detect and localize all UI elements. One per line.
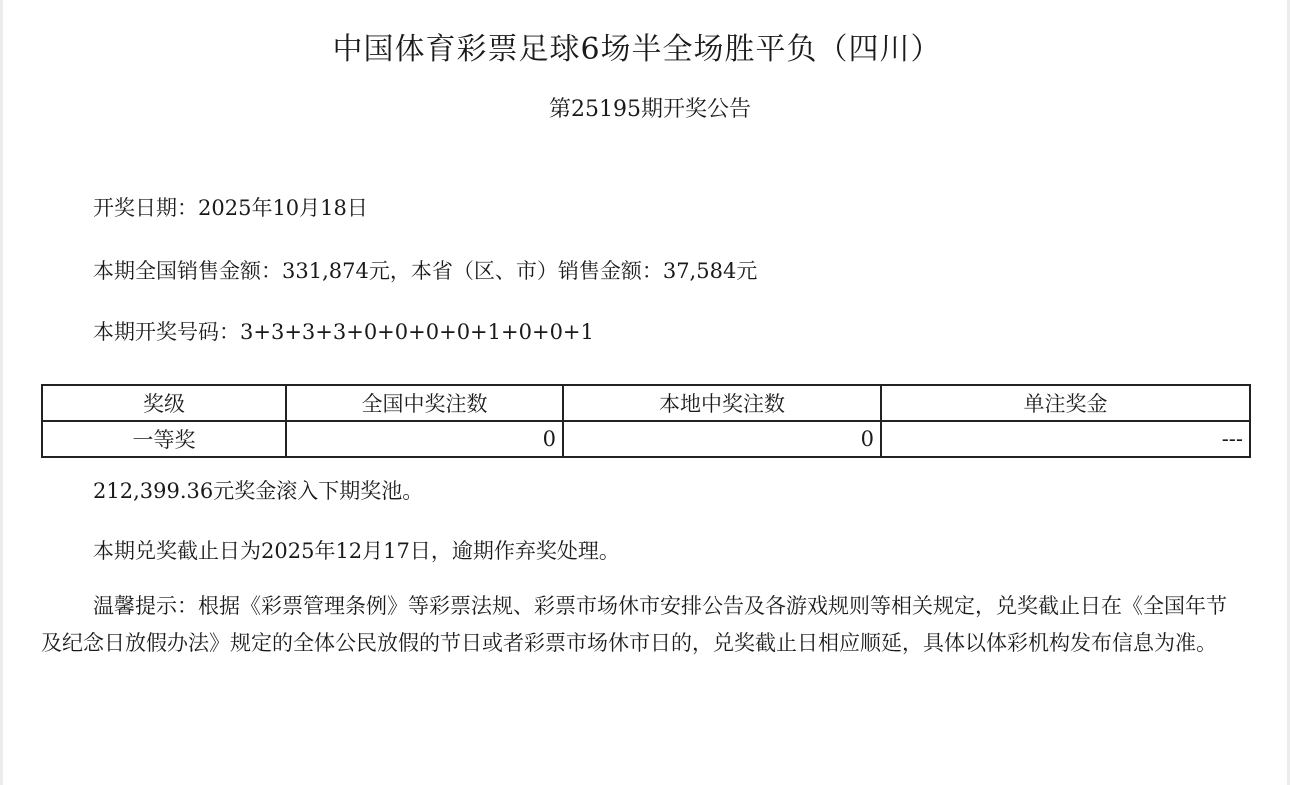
header-local-winners: 本地中奖注数 bbox=[563, 385, 881, 421]
issue-subtitle: 第25195期开奖公告 bbox=[0, 94, 1290, 126]
page-title: 中国体育彩票足球6场半全场胜平负（四川） bbox=[0, 28, 1274, 72]
claim-deadline: 本期兑奖截止日为2025年12月17日，逾期作弃奖处理。 bbox=[93, 536, 620, 566]
cell-local-winners: 0 bbox=[563, 421, 881, 457]
header-prize-level: 奖级 bbox=[42, 385, 286, 421]
reminder-notice: 温馨提示：根据《彩票管理条例》等彩票法规、彩票市场休市安排公告及各游戏规则等相关… bbox=[41, 588, 1231, 662]
header-prize-per-bet: 单注奖金 bbox=[881, 385, 1250, 421]
table-row: 一等奖 0 0 --- bbox=[42, 421, 1250, 457]
sales-amount: 本期全国销售金额：331,874元，本省（区、市）销售金额：37,584元 bbox=[93, 256, 757, 286]
draw-date: 开奖日期：2025年10月18日 bbox=[93, 193, 368, 223]
winning-numbers: 本期开奖号码：3+3+3+3+0+0+0+0+1+0+0+1 bbox=[93, 317, 594, 347]
cell-prize-level: 一等奖 bbox=[42, 421, 286, 457]
cell-prize-per-bet: --- bbox=[881, 421, 1250, 457]
rollover-note: 212,399.36元奖金滚入下期奖池。 bbox=[93, 476, 423, 506]
prize-table-header-row: 奖级 全国中奖注数 本地中奖注数 单注奖金 bbox=[42, 385, 1250, 421]
prize-table: 奖级 全国中奖注数 本地中奖注数 单注奖金 一等奖 0 0 --- bbox=[41, 384, 1251, 458]
header-national-winners: 全国中奖注数 bbox=[286, 385, 563, 421]
cell-national-winners: 0 bbox=[286, 421, 563, 457]
